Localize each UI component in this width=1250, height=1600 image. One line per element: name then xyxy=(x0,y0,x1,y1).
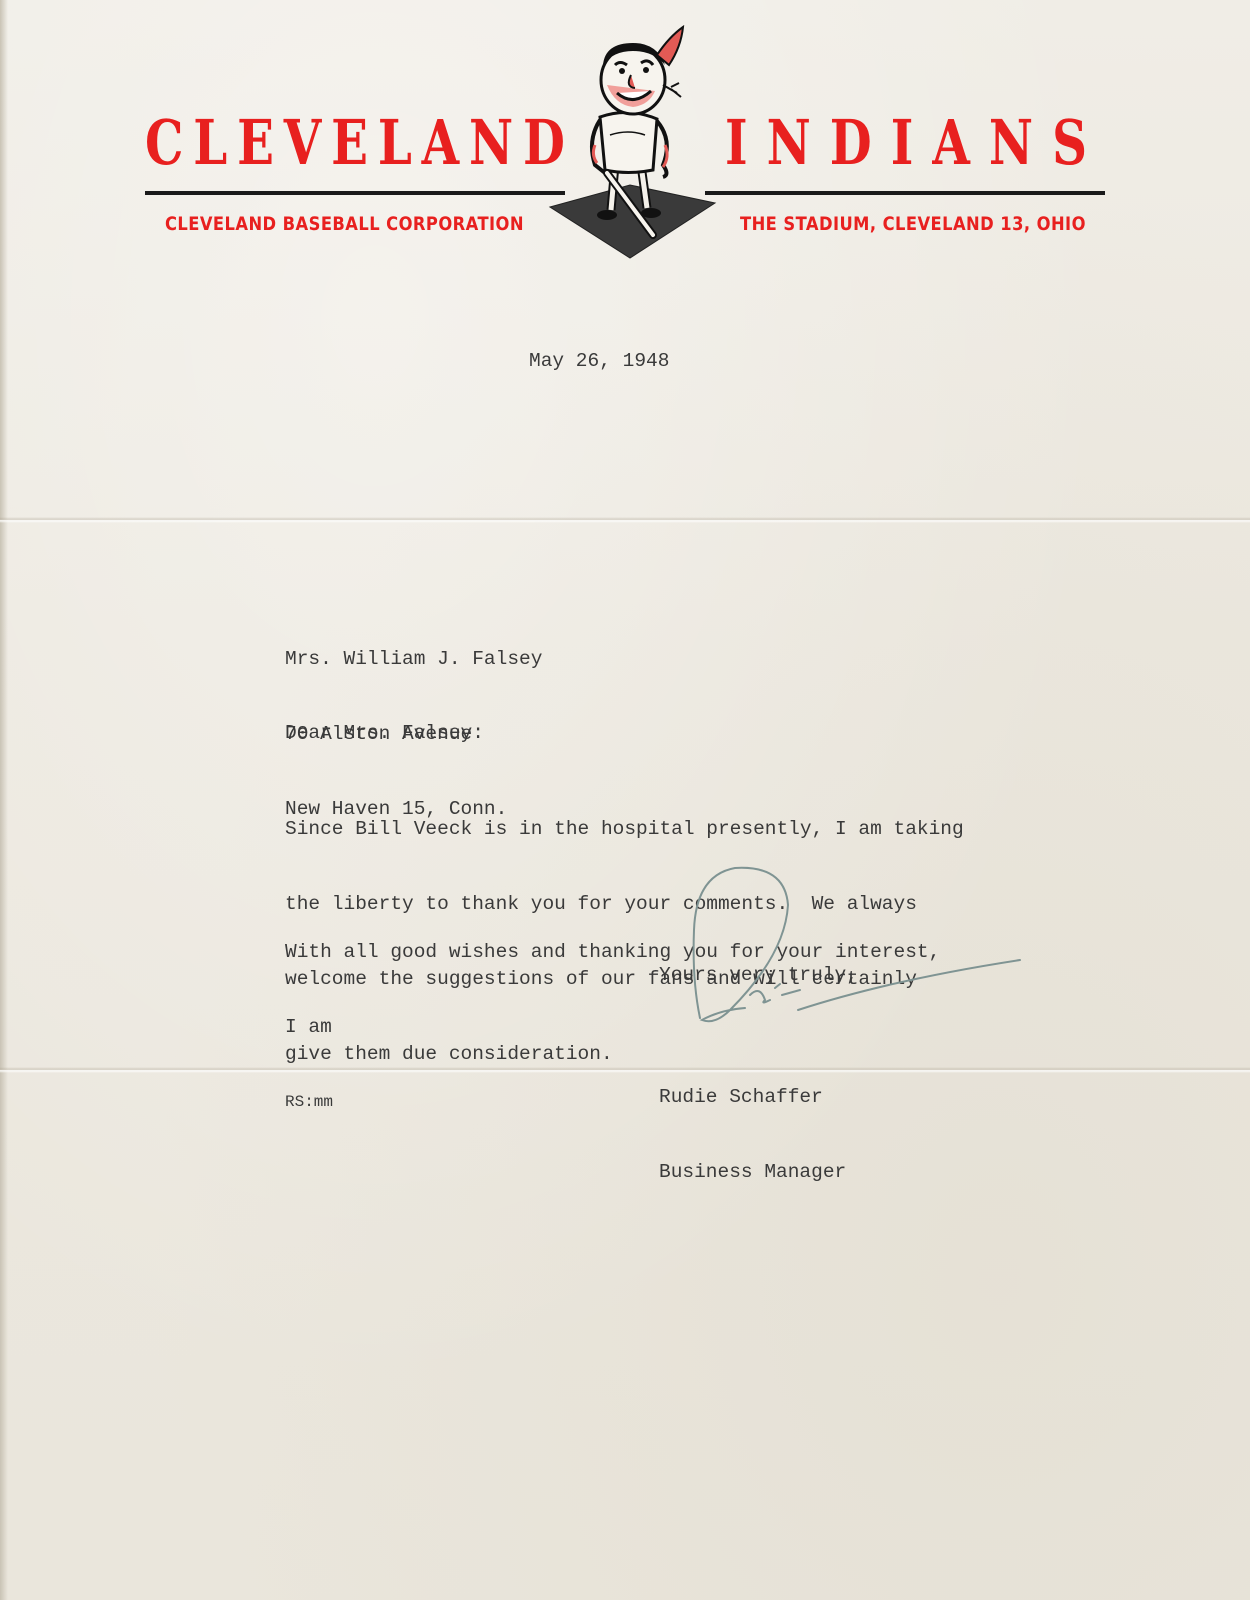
letterhead-rule xyxy=(145,191,565,195)
letterhead-rule xyxy=(705,191,1105,195)
salutation: Dear Mrs. Falsey: xyxy=(285,721,484,746)
letterhead-indians: INDIANS xyxy=(725,108,1087,178)
letterhead-letter: N xyxy=(767,108,811,178)
signature-block: Rudie Schaffer Business Manager xyxy=(659,1035,846,1210)
letterhead-letter: C xyxy=(145,108,184,178)
reference-initials: RS:mm xyxy=(285,1090,333,1115)
body-line: With all good wishes and thanking you fo… xyxy=(285,940,940,965)
letterhead-letter: E xyxy=(331,108,368,178)
signer-title: Business Manager xyxy=(659,1160,846,1185)
letterhead-letter: A xyxy=(932,108,970,178)
letterhead-letter: I xyxy=(891,108,914,178)
letterhead-letter: N xyxy=(989,108,1033,178)
mascot-icon xyxy=(545,25,725,265)
paper-edge xyxy=(0,0,8,1600)
letterhead-letter: N xyxy=(469,108,513,178)
letterhead-letter: E xyxy=(237,108,274,178)
complimentary-close: Yours very truly, xyxy=(659,963,858,988)
letterhead-letter: D xyxy=(830,108,872,178)
letterhead-letter: A xyxy=(422,108,460,178)
signer-name: Rudie Schaffer xyxy=(659,1085,846,1110)
letterhead-letter: L xyxy=(193,108,227,178)
letterhead-address: THE STADIUM, CLEVELAND 13, OHIO xyxy=(740,212,1086,236)
letterhead-letter: L xyxy=(378,108,412,178)
letterhead-letter: S xyxy=(1052,108,1087,178)
recipient-name: Mrs. William J. Falsey xyxy=(285,647,542,672)
letterhead-letter: V xyxy=(284,108,322,178)
letterhead-letter: I xyxy=(725,108,748,178)
letterhead-corporation: CLEVELAND BASEBALL CORPORATION xyxy=(165,212,524,236)
letterhead-cleveland: CLEVELAND xyxy=(145,108,565,178)
body-line: Since Bill Veeck is in the hospital pres… xyxy=(285,817,964,842)
letter-date: May 26, 1948 xyxy=(529,349,669,374)
fold-crease xyxy=(0,517,1250,523)
